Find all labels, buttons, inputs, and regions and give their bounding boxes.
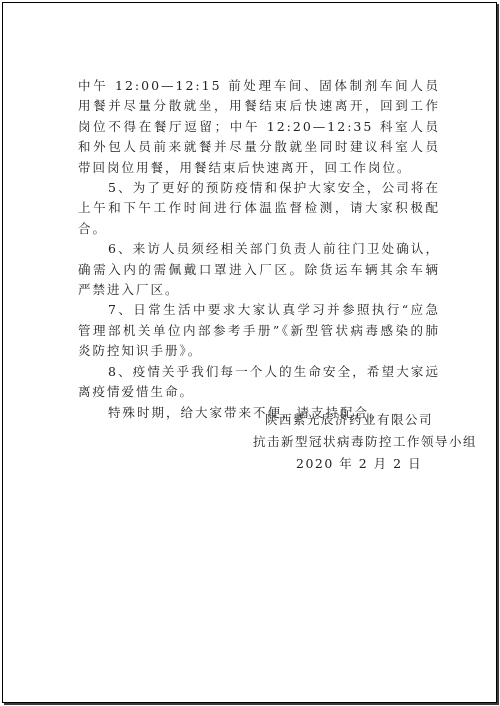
signature-date: 2020 年 2 月 2 日 (253, 453, 453, 475)
notice-body: 中午 12:00—12:15 前处理车间、固体制剂车间人员用餐并尽量分散就坐，用… (78, 76, 440, 423)
signature-block: 陕西紫光辰济药业有限公司 抗击新型冠状病毒防控工作领导小组 2020 年 2 月… (253, 409, 453, 475)
document-page: 中午 12:00—12:15 前处理车间、固体制剂车间人员用餐并尽量分散就坐，用… (2, 2, 497, 703)
paragraph-lunch-schedule: 中午 12:00—12:15 前处理车间、固体制剂车间人员用餐并尽量分散就坐，用… (78, 76, 440, 178)
paragraph-item-5: 5、为了更好的预防疫情和保护大家安全，公司将在上午和下午工作时间进行体温监督检测… (78, 178, 440, 239)
paragraph-item-8: 8、疫情关乎我们每一个人的生命安全，希望大家远离疫情爱惜生命。 (78, 362, 440, 403)
paragraph-item-7: 7、日常生活中要求大家认真学习并参照执行“应急管理部机关单位内部参考手册”《新型… (78, 300, 440, 361)
signature-group: 抗击新型冠状病毒防控工作领导小组 (253, 431, 453, 453)
paragraph-item-6: 6、来访人员须经相关部门负责人前往门卫处确认，确需入内的需佩戴口罩进入厂区。除货… (78, 239, 440, 300)
signature-company: 陕西紫光辰济药业有限公司 (253, 409, 453, 431)
